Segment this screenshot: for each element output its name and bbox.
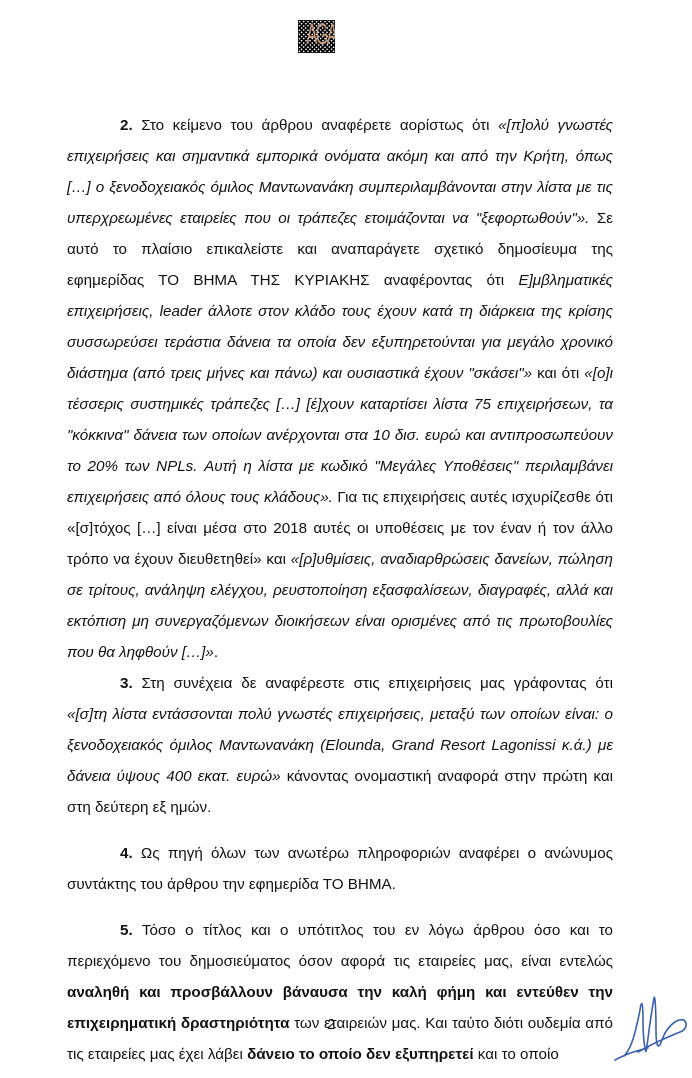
text-segment: Τόσο ο τίτλος και ο υπότιτλος του εν λόγ… [67,922,613,970]
stamp-logo-text: AGA [306,20,326,52]
paragraph-2: 2. Στο κείμενο του άρθρου αναφέρετε αορί… [67,110,613,668]
text-segment: Ως πηγή όλων των ανωτέρω πληροφοριών ανα… [67,845,613,893]
paragraph-4: 4. Ως πηγή όλων των ανωτέρω πληροφοριών … [67,838,613,900]
paragraph-3: 3. Στη συνέχεια δε αναφέρεστε στις επιχε… [67,668,613,823]
text-segment: και το οποίο [474,1046,559,1063]
paragraph-number: 4. [120,845,133,862]
paragraph-5: 5. Τόσο ο τίτλος και ο υπότιτλος του εν … [67,915,613,1070]
page-number: 2 [327,1016,335,1033]
text-segment: Στο κείμενο του άρθρου αναφέρετε αορίστω… [133,117,498,134]
document-body: 2. Στο κείμενο του άρθρου αναφέρετε αορί… [67,110,613,1070]
signature-icon [610,990,690,1065]
paragraph-number: 3. [120,675,133,692]
paragraph-number: 5. [120,922,133,939]
paragraph-number: 2. [120,117,133,134]
quote-segment: «[ο]ι τέσσερις συστημικές τράπεζες […] [… [67,365,613,506]
text-segment: Στη συνέχεια δε αναφέρεστε στις επιχειρή… [133,675,613,692]
text-segment: . [214,644,218,661]
text-segment: και ότι [532,365,584,382]
bold-segment: δάνειο το οποίο δεν εξυπηρετεί [247,1046,473,1063]
header-stamp: AGA [298,20,335,53]
